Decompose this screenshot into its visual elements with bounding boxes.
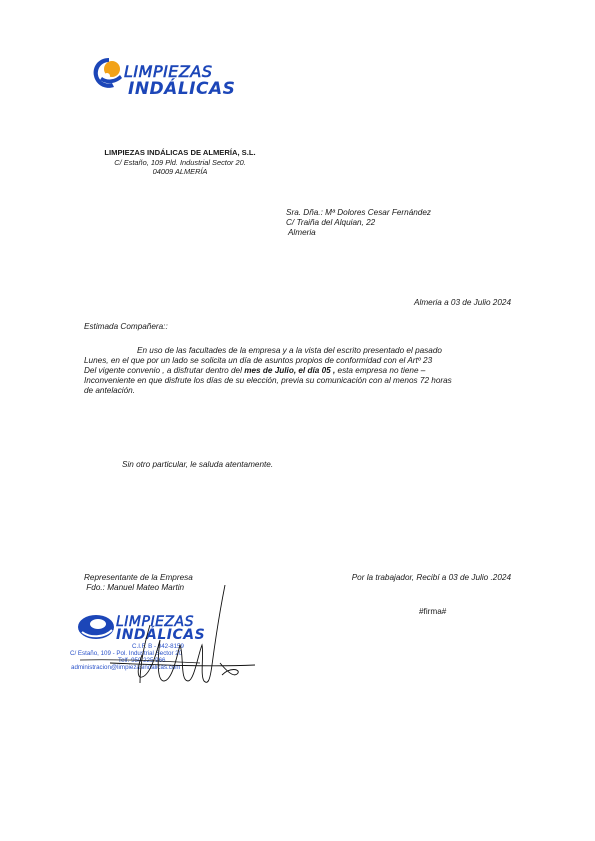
company-logo: LIMPIEZAS INDÁLICAS xyxy=(90,52,240,102)
sender-city: 04009 ALMERÍA xyxy=(80,167,280,176)
body-line: de antelación. xyxy=(84,386,514,396)
body-highlight-date: mes de Julio, el día 05 , xyxy=(244,366,335,375)
company-logo-icon xyxy=(90,54,128,94)
company-stamp: LIMPIEZAS INDÁLICAS C.I.F. B - 042-8159 … xyxy=(70,612,250,682)
body-text: Del vigente convenio , a disfrutar dentr… xyxy=(84,366,244,375)
body-line: Lunes, en el que por un lado se solicita… xyxy=(84,356,514,366)
worker-receipt-line: Por la trabajador, Recibí a 03 de Julio … xyxy=(352,573,511,583)
stamp-address: C/ Estaño, 109 - Pol. Industrial Sector … xyxy=(70,650,182,657)
recipient-name: Sra. Dña.: Mª Dolores Cesar Fernández xyxy=(286,208,431,218)
stamp-text-line2: INDÁLICAS xyxy=(116,627,205,643)
logo-text-line2: INDÁLICAS xyxy=(128,79,235,99)
body-line: Del vigente convenio , a disfrutar dentr… xyxy=(84,366,514,376)
worker-signature-field[interactable]: #firma# xyxy=(419,607,446,617)
recipient-block: Sra. Dña.: Mª Dolores Cesar Fernández C/… xyxy=(286,208,431,238)
recipient-city: Almeria xyxy=(286,228,431,238)
sender-block: LIMPIEZAS INDÁLICAS DE ALMERÍA, S.L. C/ … xyxy=(80,148,280,176)
letter-date: Almeria a 03 de Julio 2024 xyxy=(414,298,511,308)
recipient-address: C/ Traiña del Alquian, 22 xyxy=(286,218,431,228)
company-signer: Fdo.: Manuel Mateo Martin xyxy=(84,583,193,593)
body-text: esta empresa no tiene – xyxy=(335,366,425,375)
company-signature-block: Representante de la Empresa Fdo.: Manuel… xyxy=(84,573,193,593)
stamp-phone: Telf. 950 225 966 xyxy=(118,657,165,664)
stamp-email: administracion@limpiezasindalicas.com xyxy=(71,664,180,671)
sender-address: C/ Estaño, 109 Pld. Industrial Sector 20… xyxy=(80,158,280,167)
stamp-logo-icon xyxy=(76,612,116,642)
company-role: Representante de la Empresa xyxy=(84,573,193,583)
letter-body: En uso de las facultades de la empresa y… xyxy=(84,346,514,396)
body-line: Inconveniente en que disfrute los días d… xyxy=(84,376,514,386)
closing-line: Sin otro particular, le saluda atentamen… xyxy=(122,460,273,470)
stamp-cif: C.I.F. B - 042-8159 xyxy=(132,643,184,650)
greeting: Estimada Compañera:: xyxy=(84,322,168,332)
sender-name: LIMPIEZAS INDÁLICAS DE ALMERÍA, S.L. xyxy=(80,148,280,158)
body-line: En uso de las facultades de la empresa y… xyxy=(84,346,514,356)
